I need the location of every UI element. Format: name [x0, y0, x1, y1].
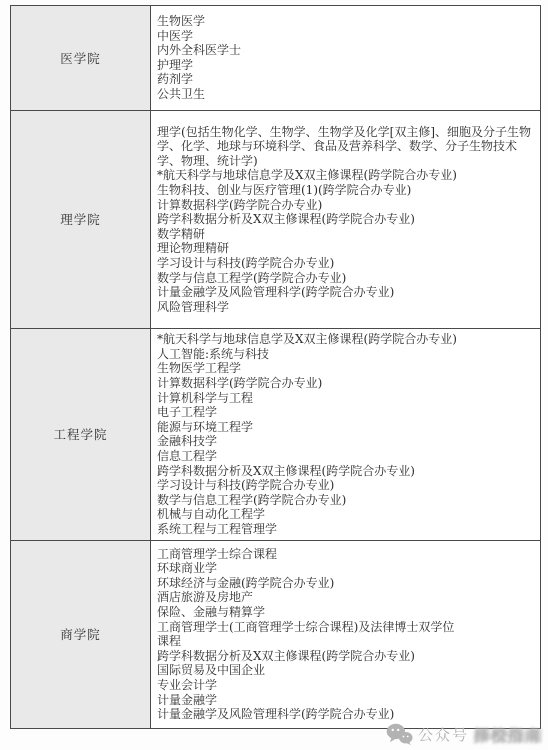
program-item: 系统工程与工程管理学	[157, 522, 532, 537]
program-item: 理学(包括生物化学、生物学、生物学及化学[双主修]、细胞及分子生物学、化学、地球…	[157, 125, 532, 169]
table-row: 商学院工商管理学士综合课程环球商业学环球经济与金融(跨学院合办专业)酒店旅游及房…	[11, 541, 540, 728]
program-item: 计量金融学	[157, 693, 532, 708]
college-name-cell: 理学院	[11, 111, 151, 329]
program-item: 计算机科学与工程	[157, 391, 532, 406]
program-item: 生物医学工程学	[157, 361, 532, 376]
programs-cell: 工商管理学士综合课程环球商业学环球经济与金融(跨学院合办专业)酒店旅游及房地产保…	[151, 541, 540, 728]
program-item: 计量金融学及风险管理科学(跨学院合办专业)	[157, 707, 532, 722]
program-item: 计量金融学及风险管理科学(跨学院合办专业)	[157, 285, 532, 300]
program-item: 机械与自动化工程学	[157, 507, 532, 522]
program-item: 风险管理科学	[157, 300, 532, 315]
program-item: 计算数据科学(跨学院合办专业)	[157, 376, 532, 391]
program-item: 跨学科数据分析及X双主修课程(跨学院合办专业)	[157, 649, 532, 664]
program-item: 保险、金融与精算学	[157, 605, 532, 620]
program-item: 环球经济与金融(跨学院合办专业)	[157, 576, 532, 591]
program-item: 能源与环境工程学	[157, 420, 532, 435]
program-item: 生物医学	[157, 14, 532, 29]
program-item: 数学与信息工程学(跨学院合办专业)	[157, 271, 532, 286]
program-item: 计算数据科学(跨学院合办专业)	[157, 198, 532, 213]
colleges-programs-table: 医学院生物医学中医学内外全科医学士护理学药剂学公共卫生理学院理学(包括生物化学、…	[10, 5, 541, 729]
program-item: 专业会计学	[157, 678, 532, 693]
program-item: *航天科学与地球信息学及X双主修课程(跨学院合办专业)	[157, 332, 532, 347]
programs-cell: *航天科学与地球信息学及X双主修课程(跨学院合办专业)人工智能:系统与科技生物医…	[151, 329, 540, 539]
program-item: 人工智能:系统与科技	[157, 347, 532, 362]
program-item: 护理学	[157, 58, 532, 73]
program-item: 国际贸易及中国企业	[157, 663, 532, 678]
table-row: 医学院生物医学中医学内外全科医学士护理学药剂学公共卫生	[11, 6, 540, 111]
program-item: 公共卫生	[157, 87, 532, 102]
college-name-cell: 商学院	[11, 541, 151, 728]
program-item: 环球商业学	[157, 561, 532, 576]
program-item: 内外全科医学士	[157, 43, 532, 58]
program-item: 工商管理学士(工商管理学士综合课程)及法律博士双学位 课程	[157, 620, 532, 649]
program-item: 电子工程学	[157, 405, 532, 420]
college-name-cell: 工程学院	[11, 329, 151, 539]
program-item: 工商管理学士综合课程	[157, 547, 532, 562]
program-item: 跨学科数据分析及X双主修课程(跨学院合办专业)	[157, 464, 532, 479]
college-name-cell: 医学院	[11, 6, 151, 110]
programs-cell: 生物医学中医学内外全科医学士护理学药剂学公共卫生	[151, 6, 540, 110]
program-item: 学习设计与科技(跨学院合办专业)	[157, 256, 532, 271]
programs-cell: 理学(包括生物化学、生物学、生物学及化学[双主修]、细胞及分子生物学、化学、地球…	[151, 111, 540, 329]
program-item: 酒店旅游及房地产	[157, 590, 532, 605]
table-row: 工程学院*航天科学与地球信息学及X双主修课程(跨学院合办专业)人工智能:系统与科…	[11, 329, 540, 540]
program-item: 数学精研	[157, 227, 532, 242]
program-item: 信息工程学	[157, 449, 532, 464]
program-item: 生物科技、创业与医疗管理(1)(跨学院合办专业)	[157, 183, 532, 198]
program-item: 学习设计与科技(跨学院合办专业)	[157, 478, 532, 493]
table-row: 理学院理学(包括生物化学、生物学、生物学及化学[双主修]、细胞及分子生物学、化学…	[11, 111, 540, 330]
program-item: 理论物理精研	[157, 241, 532, 256]
program-item: 中医学	[157, 29, 532, 44]
program-item: *航天科学与地球信息学及X双主修课程(跨学院合办专业)	[157, 168, 532, 183]
program-item: 跨学科数据分析及X双主修课程(跨学院合办专业)	[157, 212, 532, 227]
program-item: 金融科技学	[157, 434, 532, 449]
program-item: 药剂学	[157, 72, 532, 87]
program-item: 数学与信息工程学(跨学院合办专业)	[157, 493, 532, 508]
